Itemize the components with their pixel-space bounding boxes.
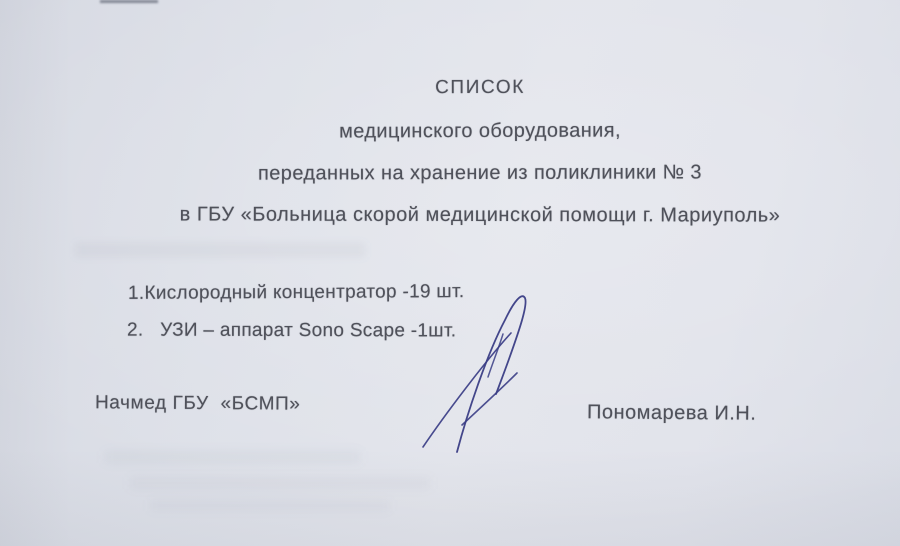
bleed-through-smudge [150,500,390,511]
document-title-block: СПИСОК медицинского оборудования, переда… [60,0,900,240]
document-photo: СПИСОК медицинского оборудования, переда… [0,0,900,546]
signature-ink [400,280,600,470]
signer-name-label: Пономарева И.Н. [587,401,756,425]
bleed-through-smudge [130,477,430,489]
document-title: СПИСОК [60,76,900,101]
signer-position-label: Начмед ГБУ «БСМП» [95,392,301,415]
bleed-through-smudge [75,243,365,257]
document-subtitle-line-3: в ГБУ «Больница скорой медицинской помощ… [60,203,900,227]
document-subtitle-line-1: медицинского оборудования, [60,119,900,145]
document-subtitle-line-2: переданных на хранение из поликлиники № … [60,161,900,186]
bleed-through-smudge [105,451,360,463]
